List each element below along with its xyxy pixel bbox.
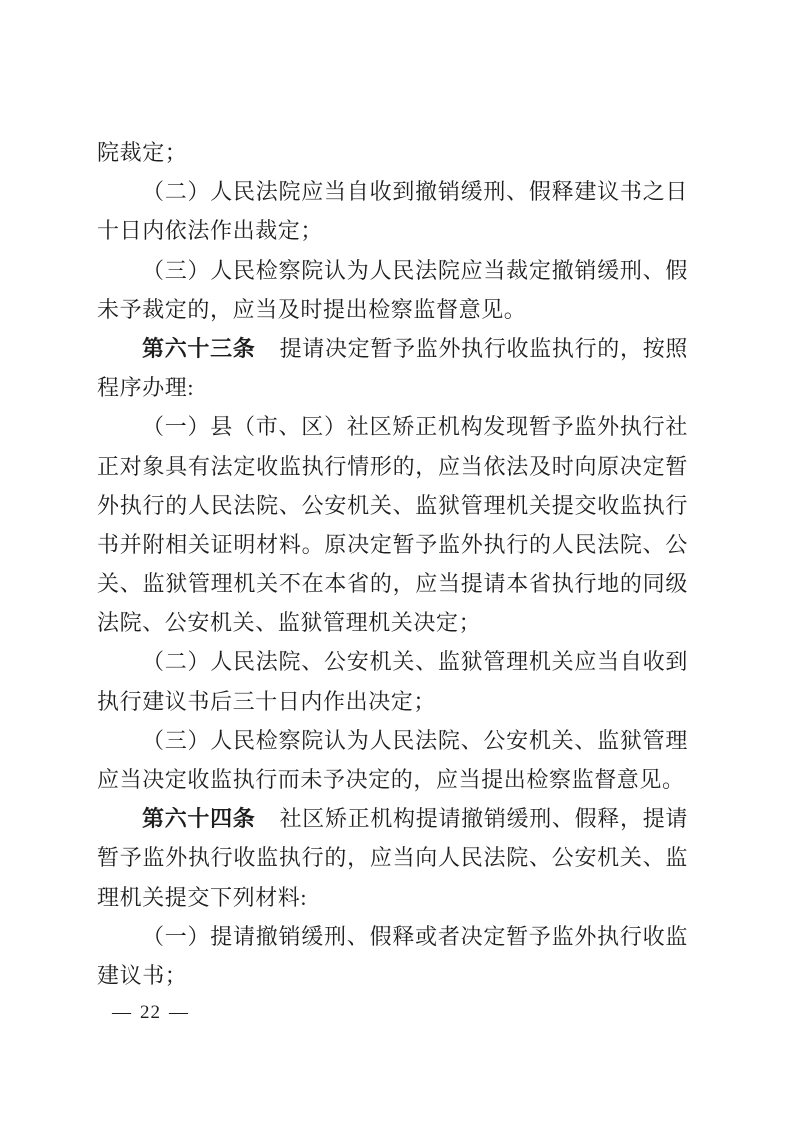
text-line: 外执行的人民法院、公安机关、监狱管理机关提交收监执行建议 — [97, 486, 688, 525]
text-line: 书并附相关证明材料。原决定暂予监外执行的人民法院、公安机 — [97, 525, 688, 564]
text-line: 应当决定收监执行而未予决定的，应当提出检察监督意见。 — [97, 760, 688, 799]
footer-dash-right: — — [169, 1002, 189, 1023]
article-number: 第六十三条 — [142, 336, 255, 361]
text-line-content: （二）人民法院、公安机关、监狱管理机关应当自收到收监 — [142, 649, 688, 681]
text-line-content: 建议书； — [97, 963, 187, 988]
text-line: 执行建议书后三十日内作出决定； — [97, 682, 688, 721]
text-line-content: 正对象具有法定收监执行情形的，应当依法及时向原决定暂予监 — [97, 454, 688, 486]
text-line: 程序办理: — [97, 368, 688, 407]
text-line-content: （二）人民法院应当自收到撤销缓刑、假释建议书之日起三 — [142, 179, 688, 211]
text-line-content: 未予裁定的，应当及时提出检察监督意见。 — [97, 297, 526, 322]
document-page: 院裁定；（二）人民法院应当自收到撤销缓刑、假释建议书之日起三十日内依法作出裁定；… — [0, 0, 793, 1122]
text-line: （三）人民检察院认为人民法院应当裁定撤销缓刑、假释而 — [97, 251, 688, 290]
article-number: 第六十四条 — [142, 806, 255, 831]
text-line: （二）人民法院、公安机关、监狱管理机关应当自收到收监 — [97, 642, 688, 681]
text-line-content: （一）提请撤销缓刑、假释或者决定暂予监外执行收监执行 — [142, 924, 688, 956]
page-number: 22 — [140, 1002, 161, 1023]
text-line: 第六十三条提请决定暂予监外执行收监执行的，按照下列 — [97, 329, 688, 368]
text-line: （一）县（市、区）社区矫正机构发现暂予监外执行社区矫 — [97, 407, 688, 446]
text-line-content: 暂予监外执行收监执行的，应当向人民法院、公安机关、监狱管 — [97, 845, 688, 877]
text-line: 第六十四条社区矫正机构提请撤销缓刑、假释，提请决定 — [97, 799, 688, 838]
text-line: （三）人民检察院认为人民法院、公安机关、监狱管理机关 — [97, 721, 688, 760]
text-line-content: （三）人民检察院认为人民法院应当裁定撤销缓刑、假释而 — [142, 258, 688, 290]
text-line-content: 程序办理: — [97, 375, 194, 400]
text-line-content: 执行建议书后三十日内作出决定； — [97, 689, 436, 714]
text-line: 建议书； — [97, 956, 688, 995]
text-line-content: （一）县（市、区）社区矫正机构发现暂予监外执行社区矫 — [142, 414, 688, 446]
text-line-content: 十日内依法作出裁定； — [97, 218, 323, 243]
text-line-content: 院裁定； — [97, 140, 187, 165]
text-line-content: 关、监狱管理机关不在本省的，应当提请本省执行地的同级人民 — [97, 571, 688, 603]
text-line-content: （三）人民检察院认为人民法院、公安机关、监狱管理机关 — [142, 728, 688, 760]
text-line: 正对象具有法定收监执行情形的，应当依法及时向原决定暂予监 — [97, 447, 688, 486]
text-line: （二）人民法院应当自收到撤销缓刑、假释建议书之日起三 — [97, 172, 688, 211]
text-line: 理机关提交下列材料: — [97, 878, 688, 917]
text-line-content: 外执行的人民法院、公安机关、监狱管理机关提交收监执行建议 — [97, 493, 688, 525]
text-line: 未予裁定的，应当及时提出检察监督意见。 — [97, 290, 688, 329]
text-line: 关、监狱管理机关不在本省的，应当提请本省执行地的同级人民 — [97, 564, 688, 603]
text-line: 法院、公安机关、监狱管理机关决定； — [97, 603, 688, 642]
text-line-content: 法院、公安机关、监狱管理机关决定； — [97, 610, 481, 635]
text-line: 院裁定； — [97, 133, 688, 172]
page-footer: —22— — [112, 1002, 189, 1024]
text-line-content: 书并附相关证明材料。原决定暂予监外执行的人民法院、公安机 — [97, 532, 688, 564]
document-body: 院裁定；（二）人民法院应当自收到撤销缓刑、假释建议书之日起三十日内依法作出裁定；… — [97, 133, 688, 995]
text-line: （一）提请撤销缓刑、假释或者决定暂予监外执行收监执行 — [97, 917, 688, 956]
text-line: 十日内依法作出裁定； — [97, 211, 688, 250]
text-line-content: 应当决定收监执行而未予决定的，应当提出检察监督意见。 — [97, 767, 685, 792]
text-line: 暂予监外执行收监执行的，应当向人民法院、公安机关、监狱管 — [97, 838, 688, 877]
footer-dash-left: — — [112, 1002, 132, 1023]
text-line-content: 理机关提交下列材料: — [97, 885, 307, 910]
